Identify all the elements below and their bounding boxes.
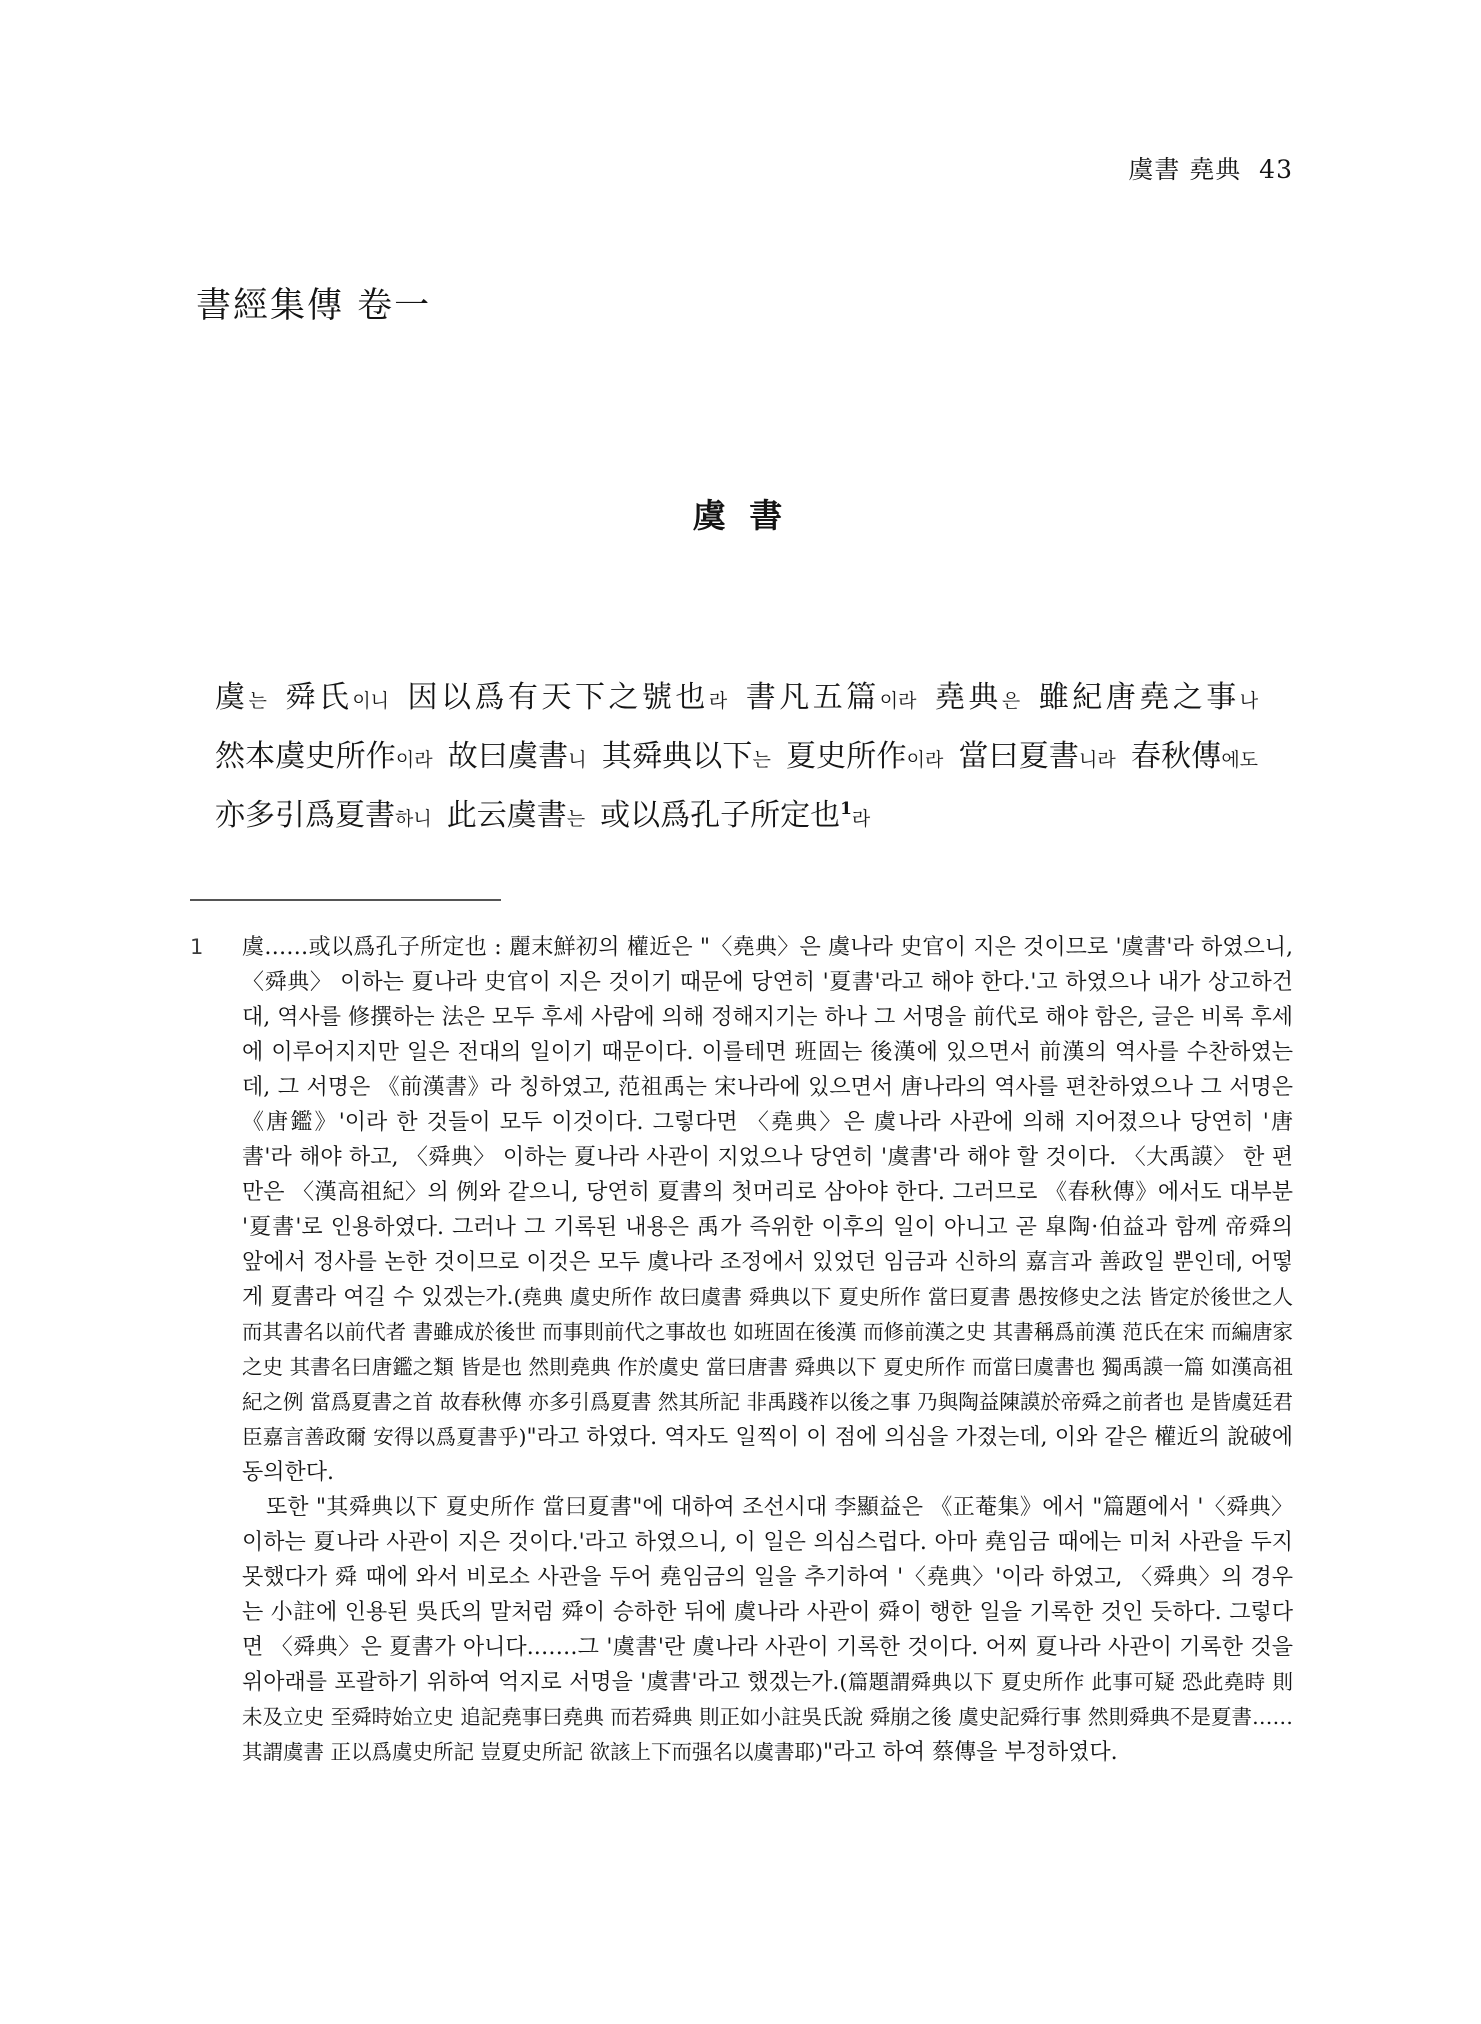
main-text-segment: 因以爲有天下之號也라 (404, 680, 727, 715)
main-text-segment: 虞는 (215, 680, 267, 715)
gugyeol-particle: 나 (1240, 690, 1258, 712)
hanja-text: 故曰虞書 (448, 739, 569, 774)
main-text-segment: 春秋傳에도 (1131, 739, 1258, 774)
hanja-text: 舜氏 (282, 680, 352, 715)
running-header: 虞書 堯典 43 (0, 150, 1293, 186)
hanja-text: 堯典 (931, 680, 1001, 715)
hanja-text: 亦多引爲夏書 (215, 798, 395, 833)
hanja-text: 書凡五篇 (742, 680, 879, 715)
footnote-text-run: 또한 "其舜典以下 夏史所作 當曰夏書"에 대하여 조선시대 李顯益은 《正菴集… (242, 1495, 1293, 1695)
gugyeol-particle: 이니 (352, 690, 389, 712)
gugyeol-particle: 니 (568, 749, 586, 771)
main-text-segment: 其舜典以下는 (602, 739, 771, 774)
hanja-text: 雖紀唐堯之事 (1035, 680, 1239, 715)
gugyeol-particle: 이라 (880, 690, 917, 712)
section-title: 虞 書 (0, 490, 1481, 537)
footnote: 1 虞……或以爲孔子所定也 : 麗末鮮初의 權近은 "〈堯典〉은 虞나라 史官이… (190, 930, 1293, 1770)
hanja-text: 當曰夏書 (958, 739, 1079, 774)
gugyeol-particle: 이라 (396, 749, 433, 771)
main-text-segment: 然本虞史所作이라 (215, 739, 433, 774)
main-text-segment: 雖紀唐堯之事나 (1035, 680, 1258, 715)
gugyeol-particle: 은 (1002, 690, 1020, 712)
footnote-number: 1 (190, 930, 242, 965)
hanja-text: 春秋傳 (1131, 739, 1222, 774)
main-text-segment: 當曰夏書니라 (958, 739, 1115, 774)
gugyeol-particle: 라 (852, 808, 870, 830)
main-text-segment: 堯典은 (931, 680, 1020, 715)
main-text-segment: 此云虞書는 (447, 798, 585, 833)
main-text-segment: 故曰虞書니 (448, 739, 587, 774)
footnote-body: 虞……或以爲孔子所定也 : 麗末鮮初의 權近은 "〈堯典〉은 虞나라 史官이 지… (242, 930, 1293, 1770)
gugyeol-particle: 는 (249, 690, 267, 712)
main-text-paragraph: 虞는舜氏이니因以爲有天下之號也라書凡五篇이라堯典은雖紀唐堯之事나然本虞史所作이라… (215, 670, 1273, 847)
main-text-segment: 書凡五篇이라 (742, 680, 916, 715)
gugyeol-particle: 라 (709, 690, 727, 712)
hanja-text: 此云虞書 (447, 798, 567, 833)
footnote-text-run: 虞……或以爲孔子所定也 : 麗末鮮初의 權近은 "〈堯典〉은 虞나라 史官이 지… (242, 935, 1293, 1310)
hanja-text: 或以爲孔子所定也 (600, 798, 840, 833)
gugyeol-particle: 는 (753, 749, 771, 771)
hanja-text: 然本虞史所作 (215, 739, 396, 774)
gugyeol-particle: 니라 (1079, 749, 1116, 771)
hanja-text: 因以爲有天下之號也 (404, 680, 709, 715)
hanja-text: 夏史所作 (786, 739, 907, 774)
gugyeol-particle: 는 (567, 808, 585, 830)
footnote-reference: 1 (840, 799, 852, 819)
hanja-text: 虞 (215, 680, 249, 715)
gugyeol-particle: 하니 (395, 808, 432, 830)
main-text-segment: 夏史所作이라 (786, 739, 943, 774)
gugyeol-particle: 이라 (907, 749, 944, 771)
footnote-separator-rule (190, 899, 501, 901)
main-text-segment: 亦多引爲夏書하니 (215, 798, 432, 833)
hanja-text: 其舜典以下 (602, 739, 753, 774)
footnote-paragraph: 또한 "其舜典以下 夏史所作 當曰夏書"에 대하여 조선시대 李顯益은 《正菴集… (242, 1490, 1293, 1770)
gugyeol-particle: 에도 (1221, 749, 1258, 771)
volume-title: 書經集傳 卷一 (196, 278, 431, 328)
main-text-segment: 舜氏이니 (282, 680, 389, 715)
footnote-paragraph: 虞……或以爲孔子所定也 : 麗末鮮初의 權近은 "〈堯典〉은 虞나라 史官이 지… (242, 930, 1293, 1490)
main-text-segment: 或以爲孔子所定也1라 (600, 798, 870, 833)
footnote-text-run: "라고 하여 蔡傳을 부정하였다. (823, 1740, 1118, 1765)
